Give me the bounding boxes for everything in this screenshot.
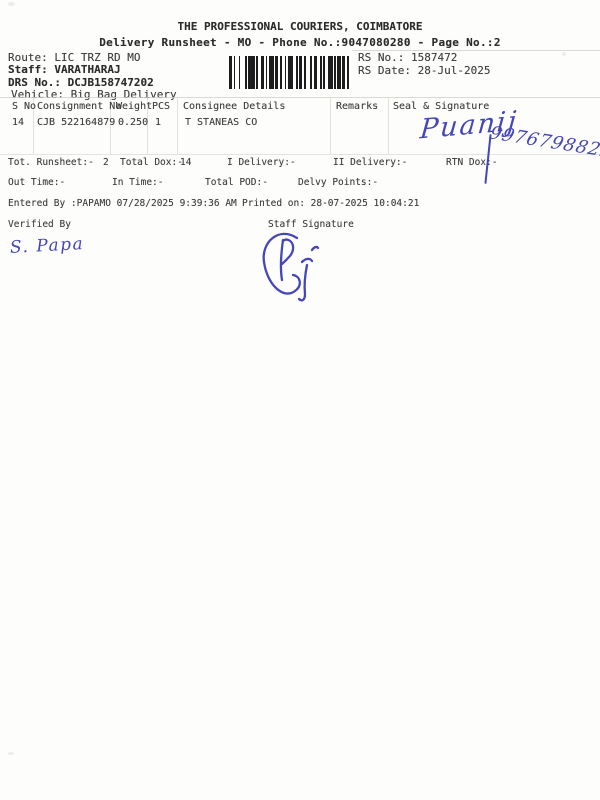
page-title: THE PROFESSIONAL COURIERS, COIMBATORE xyxy=(0,21,600,34)
total-dox-value: 14 xyxy=(180,158,191,169)
ii-delivery-label: II Delivery:- xyxy=(333,158,407,169)
col-header-weight: Weight xyxy=(116,101,152,113)
scan-artifact xyxy=(8,2,15,6)
table-column-divider xyxy=(330,98,331,154)
seal-phone-handwriting: 9976798822 xyxy=(487,124,600,163)
verified-by-handwriting: S. Papa xyxy=(10,235,85,258)
meta-staff: Staff: VARATHARAJ xyxy=(8,64,121,77)
col-header-sno: S No xyxy=(12,101,36,113)
page-subtitle: Delivery Runsheet - MO - Phone No.:90470… xyxy=(0,37,600,50)
table-column-divider xyxy=(388,98,389,154)
total-dox-label: Total Dox:- xyxy=(120,158,183,169)
barcode-bar xyxy=(349,56,352,89)
printed-on-text: Printed on: 28-07-2025 10:04:21 xyxy=(242,199,419,210)
out-time-label: Out Time:- xyxy=(8,178,65,189)
cell-consignment: CJB 522164879 xyxy=(37,117,115,129)
table-column-divider xyxy=(177,98,178,154)
cell-weight: 0.250 xyxy=(118,117,148,129)
meta-rs-no: RS No.: 1587472 xyxy=(358,52,457,65)
cell-pcs: 1 xyxy=(155,117,161,129)
entered-by-text: Entered By :PAPAMO 07/28/2025 9:39:36 AM xyxy=(8,199,237,210)
col-header-remarks: Remarks xyxy=(336,101,378,113)
cell-sno: 14 xyxy=(12,117,24,129)
staff-signature-scribble xyxy=(255,228,327,304)
scan-artifact xyxy=(8,752,14,755)
in-time-label: In Time:- xyxy=(112,178,163,189)
tot-runsheet-value: 2 xyxy=(103,158,109,169)
scan-artifact xyxy=(562,52,566,56)
col-header-consignment: Consignment No xyxy=(37,101,121,113)
total-pod-label: Total POD:- xyxy=(205,178,268,189)
rtn-dox-label: RTN Dox:- xyxy=(446,158,497,169)
meta-rs-date: RS Date: 28-Jul-2025 xyxy=(358,65,490,78)
tot-runsheet-label: Tot. Runsheet:- xyxy=(8,158,94,169)
verified-by-label: Verified By xyxy=(8,220,71,231)
document-page: THE PROFESSIONAL COURIERS, COIMBATORE De… xyxy=(0,0,600,800)
meta-vehicle: Vehicle: Big Bag Delivery xyxy=(11,89,177,102)
col-header-consignee: Consignee Details xyxy=(183,101,285,113)
delvy-points-label: Delvy Points:- xyxy=(298,178,378,189)
barcode-icon xyxy=(229,56,352,89)
col-header-pcs: PCS xyxy=(152,101,170,113)
i-delivery-label: I Delivery:- xyxy=(227,158,296,169)
table-top-border xyxy=(0,97,600,98)
table-bottom-border xyxy=(0,154,600,155)
cell-consignee: T STANEAS CO xyxy=(185,117,257,129)
